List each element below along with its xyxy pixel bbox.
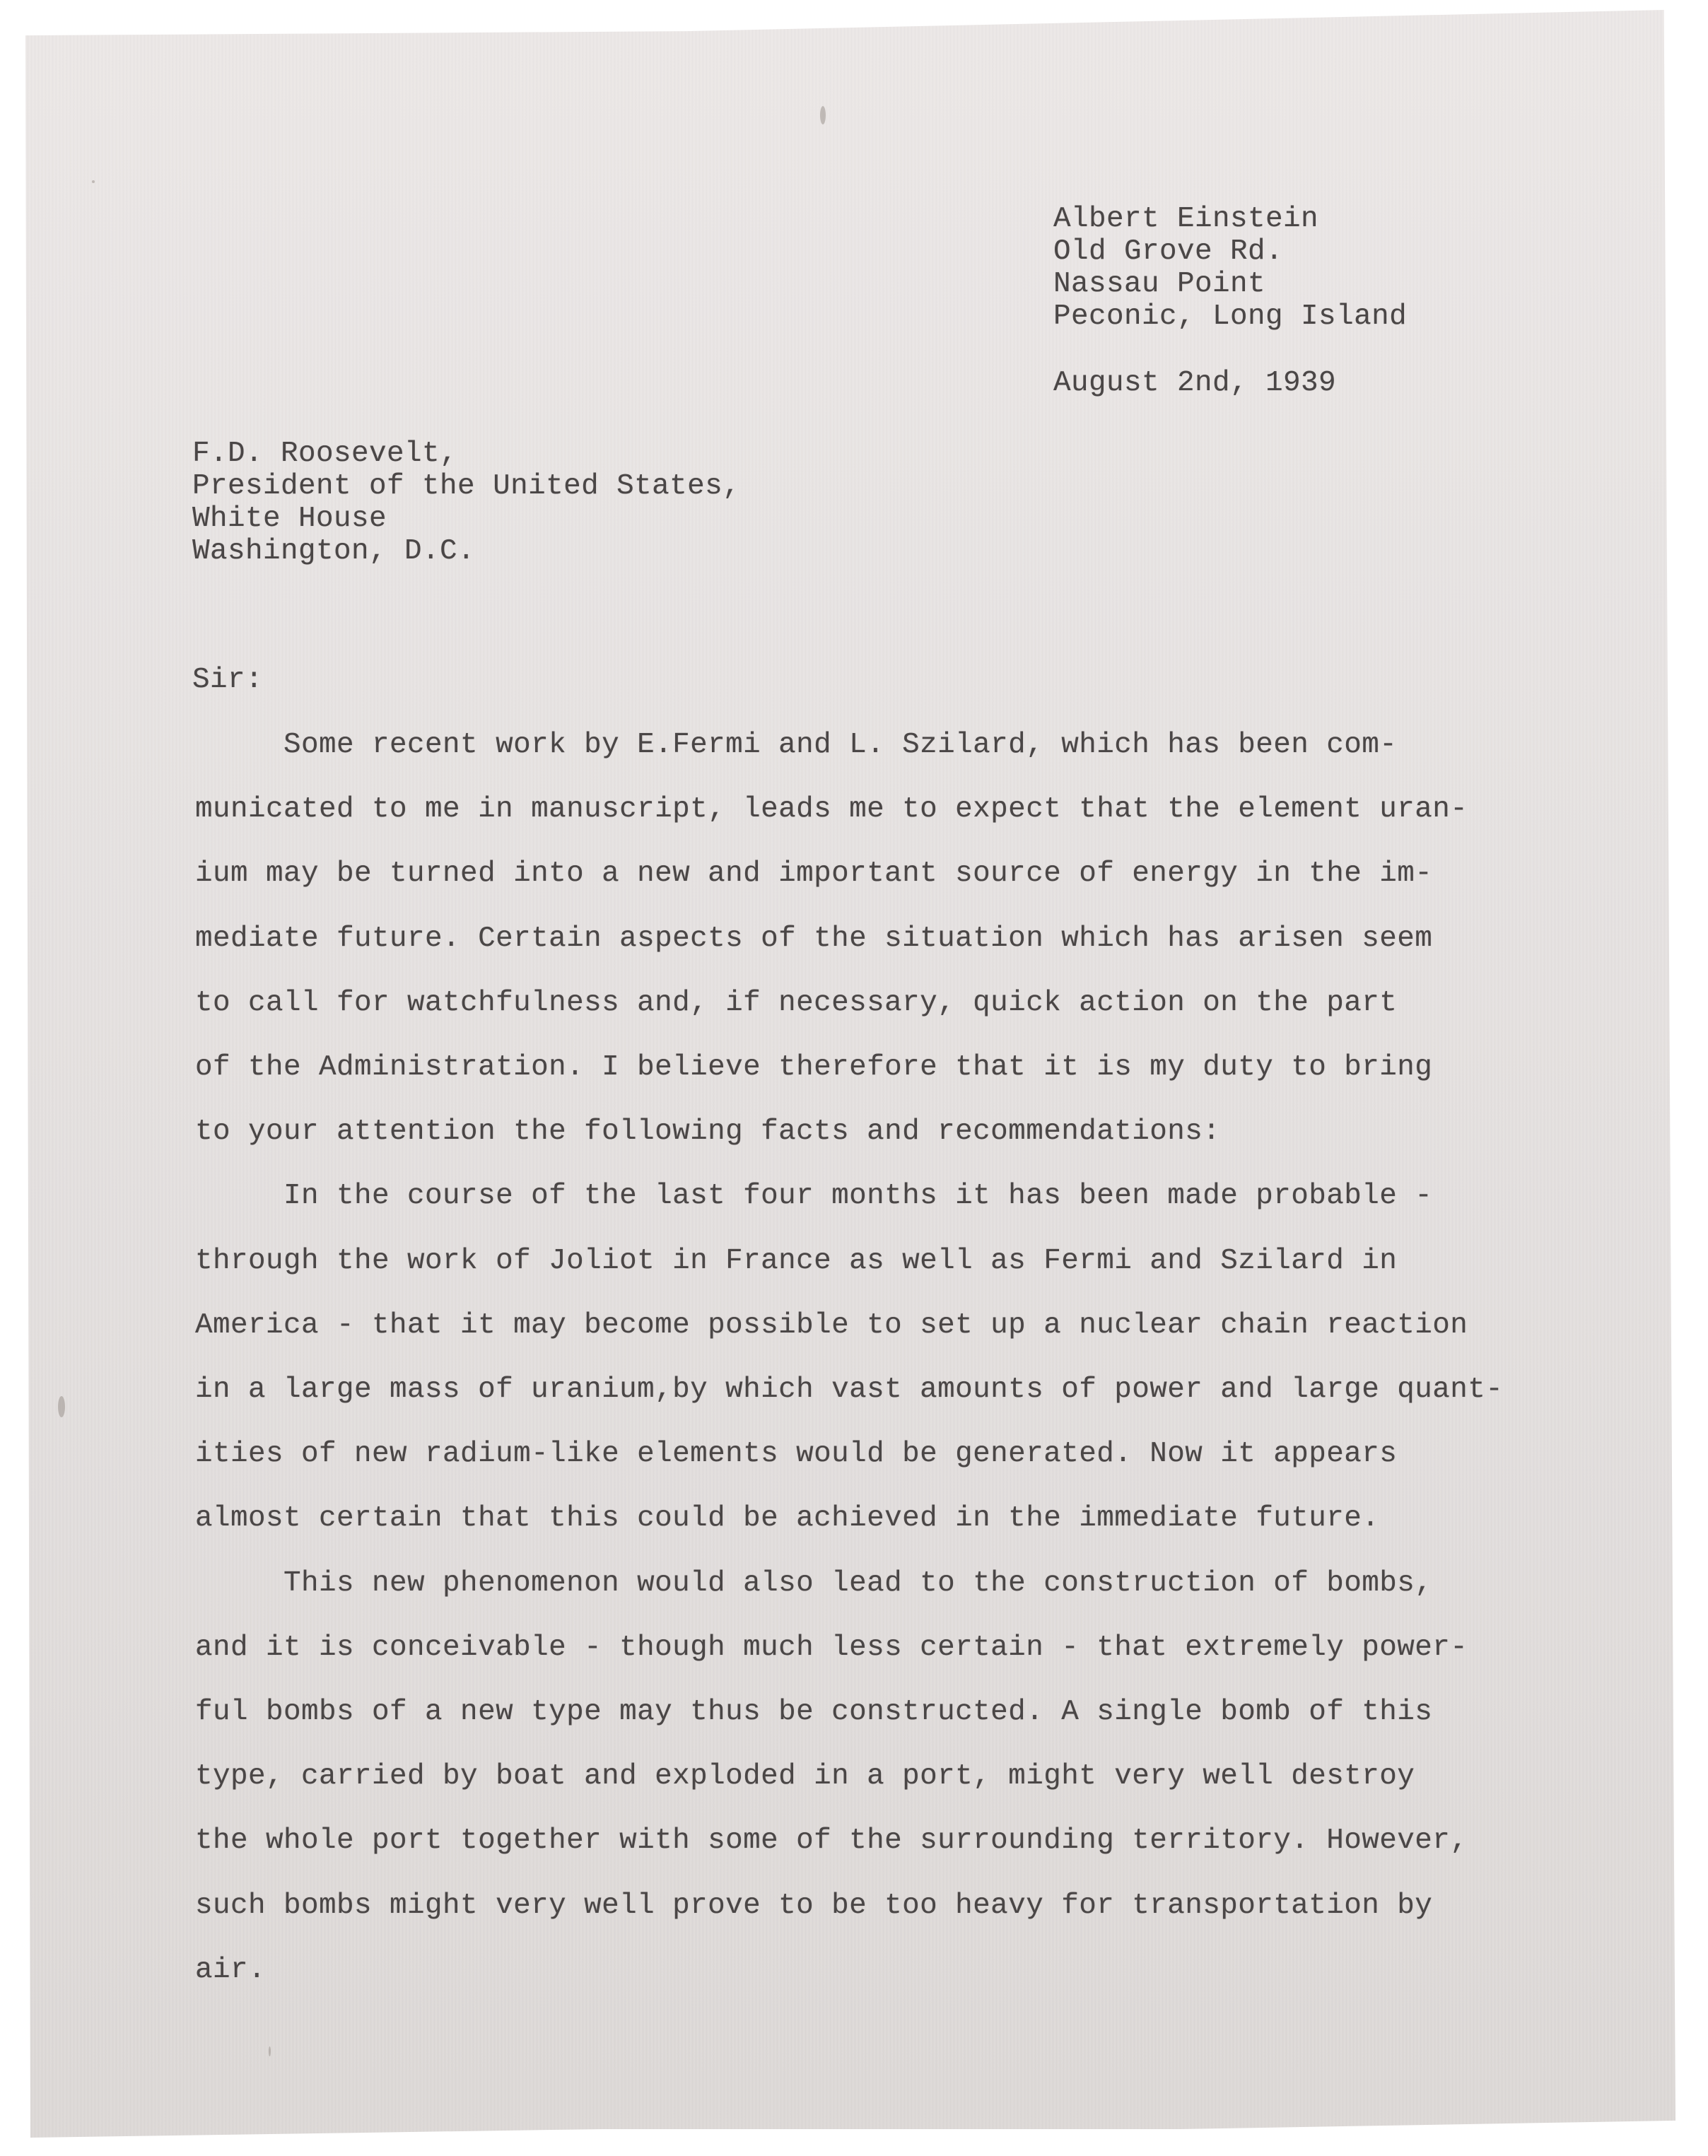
sender-address-line: Nassau Point <box>1053 270 1265 299</box>
paper-speck <box>58 1396 65 1417</box>
body-line: ium may be turned into a new and importa… <box>195 860 1432 889</box>
paper-speck <box>820 106 826 124</box>
body-line: In the course of the last four months it… <box>195 1182 1432 1211</box>
letter-date: August 2nd, 1939 <box>1053 369 1336 398</box>
body-line: ful bombs of a new type may thus be cons… <box>195 1698 1432 1727</box>
body-line: to your attention the following facts an… <box>195 1118 1220 1147</box>
body-line: air. <box>195 1956 266 1985</box>
salutation: Sir: <box>192 666 263 695</box>
body-line: municated to me in manuscript, leads me … <box>195 795 1468 824</box>
body-line: and it is conceivable - though much less… <box>195 1634 1468 1663</box>
body-line: to call for watchfulness and, if necessa… <box>195 989 1397 1018</box>
body-line: mediate future. Certain aspects of the s… <box>195 925 1432 954</box>
recipient-line: President of the United States, <box>192 472 740 501</box>
body-line: of the Administration. I believe therefo… <box>195 1053 1432 1082</box>
sender-address-line: Old Grove Rd. <box>1053 238 1283 266</box>
sender-name: Albert Einstein <box>1053 205 1318 234</box>
recipient-line: F.D. Roosevelt, <box>192 440 457 469</box>
recipient-line: White House <box>192 505 387 534</box>
sender-address-line: Peconic, Long Island <box>1053 303 1407 332</box>
recipient-line: Washington, D.C. <box>192 537 475 566</box>
body-line: such bombs might very well prove to be t… <box>195 1892 1432 1921</box>
body-line: almost certain that this could be achiev… <box>195 1504 1379 1533</box>
paper-speck <box>269 2046 271 2056</box>
body-line: This new phenomenon would also lead to t… <box>195 1569 1432 1598</box>
body-line: through the work of Joliot in France as … <box>195 1247 1397 1276</box>
paper-speck <box>92 180 95 183</box>
body-line: type, carried by boat and exploded in a … <box>195 1762 1415 1791</box>
body-line: the whole port together with some of the… <box>195 1827 1468 1856</box>
body-line: America - that it may become possible to… <box>195 1311 1468 1340</box>
body-line: Some recent work by E.Fermi and L. Szila… <box>195 731 1397 760</box>
body-line: ities of new radium-like elements would … <box>195 1440 1397 1469</box>
body-line: in a large mass of uranium,by which vast… <box>195 1376 1503 1405</box>
